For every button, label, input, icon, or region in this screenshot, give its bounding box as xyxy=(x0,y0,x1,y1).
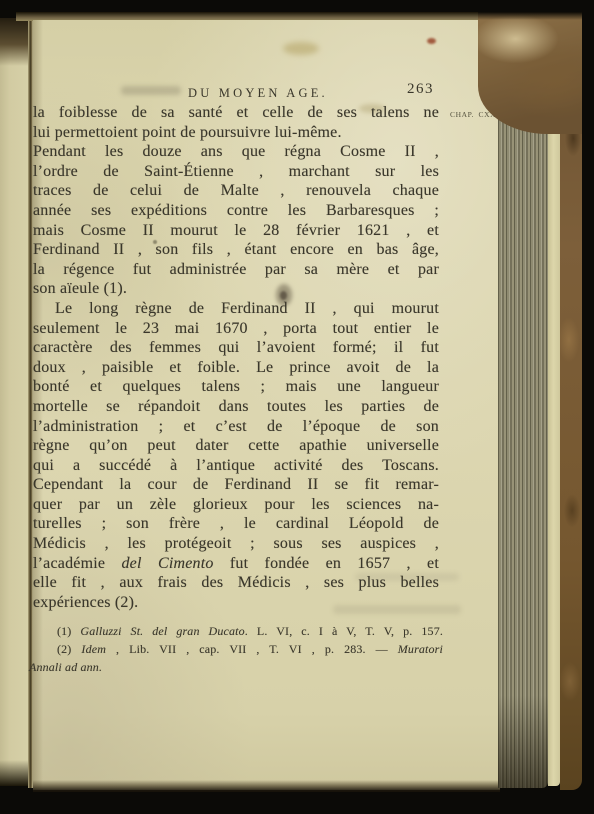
book-photo: DU MOYEN AGE. 263 CHAP. CXXIV. la foible… xyxy=(0,12,582,790)
body-line: règne qu’on peut dater cette apathie uni… xyxy=(33,436,439,456)
body-line: qui a succédé à l’antique activité des T… xyxy=(33,456,439,476)
paper-stain xyxy=(283,42,319,55)
cover-corner-worn xyxy=(478,12,582,134)
body-line: mortelle se répandoit dans toutes les pa… xyxy=(33,397,439,417)
body-line: année ses expéditions contre les Barbare… xyxy=(33,201,439,221)
footnote-line: Annali ad ann. xyxy=(29,658,443,676)
body-line: lui permettoient point de poursuivre lui… xyxy=(33,123,439,143)
page-number: 263 xyxy=(407,81,434,98)
body-line: Le long règne de Ferdinand II , qui mour… xyxy=(33,299,439,319)
body-line: doux , paisible et foible. Le prince avo… xyxy=(33,358,439,378)
body-line: mais Cosme II mourut le 28 février 1621 … xyxy=(33,221,439,241)
footnote-line: (2) Idem , Lib. VII , cap. VII , T. VI ,… xyxy=(33,640,443,658)
body-line: Cependant la cour de Ferdinand II se fit… xyxy=(33,475,439,495)
body-line: bonté et quelques talens ; mais une lang… xyxy=(33,377,439,397)
red-ink-spot xyxy=(427,38,436,44)
facing-page-edge xyxy=(0,18,28,786)
body-line: son aïeule (1). xyxy=(33,279,439,299)
body-line: la régence fut administrée par sa mère e… xyxy=(33,260,439,280)
body-line: quer par un zèle glorieux pour les scien… xyxy=(33,495,439,515)
body-line: turelles ; son frère , le cardinal Léopo… xyxy=(33,514,439,534)
footnote-line: (1) Galluzzi St. del gran Ducato. L. VI,… xyxy=(33,622,443,640)
body-line: l’administration ; et c’est de l’époque … xyxy=(33,417,439,437)
body-line: Médicis , les protégeoit ; sous ses ausp… xyxy=(33,534,439,554)
body-line: elle fit , aux frais des Médicis , ses p… xyxy=(33,573,439,593)
body-line: expériences (2). xyxy=(33,593,439,613)
body-line: l’ordre de Saint-Étienne , marchant sur … xyxy=(33,162,439,182)
body-line: caractère des femmes qui l’avoient formé… xyxy=(33,338,439,358)
body-line: Pendant les douze ans que régna Cosme II… xyxy=(33,142,439,162)
body-line: la foiblesse de sa santé et celle de ses… xyxy=(33,103,439,123)
body-line: traces de celui de Malte , renouvela cha… xyxy=(33,181,439,201)
body-line: Ferdinand II , son fils , étant encore e… xyxy=(33,240,439,260)
body-line: seulement le 23 mai 1670 , porta tout en… xyxy=(33,319,439,339)
running-title: DU MOYEN AGE. xyxy=(188,86,328,101)
body-text: la foiblesse de sa santé et celle de ses… xyxy=(33,103,439,612)
verso-show-through xyxy=(121,86,181,95)
footnotes: (1) Galluzzi St. del gran Ducato. L. VI,… xyxy=(33,622,443,676)
body-line: l’académie del Cimento fut fondée en 165… xyxy=(33,554,439,574)
